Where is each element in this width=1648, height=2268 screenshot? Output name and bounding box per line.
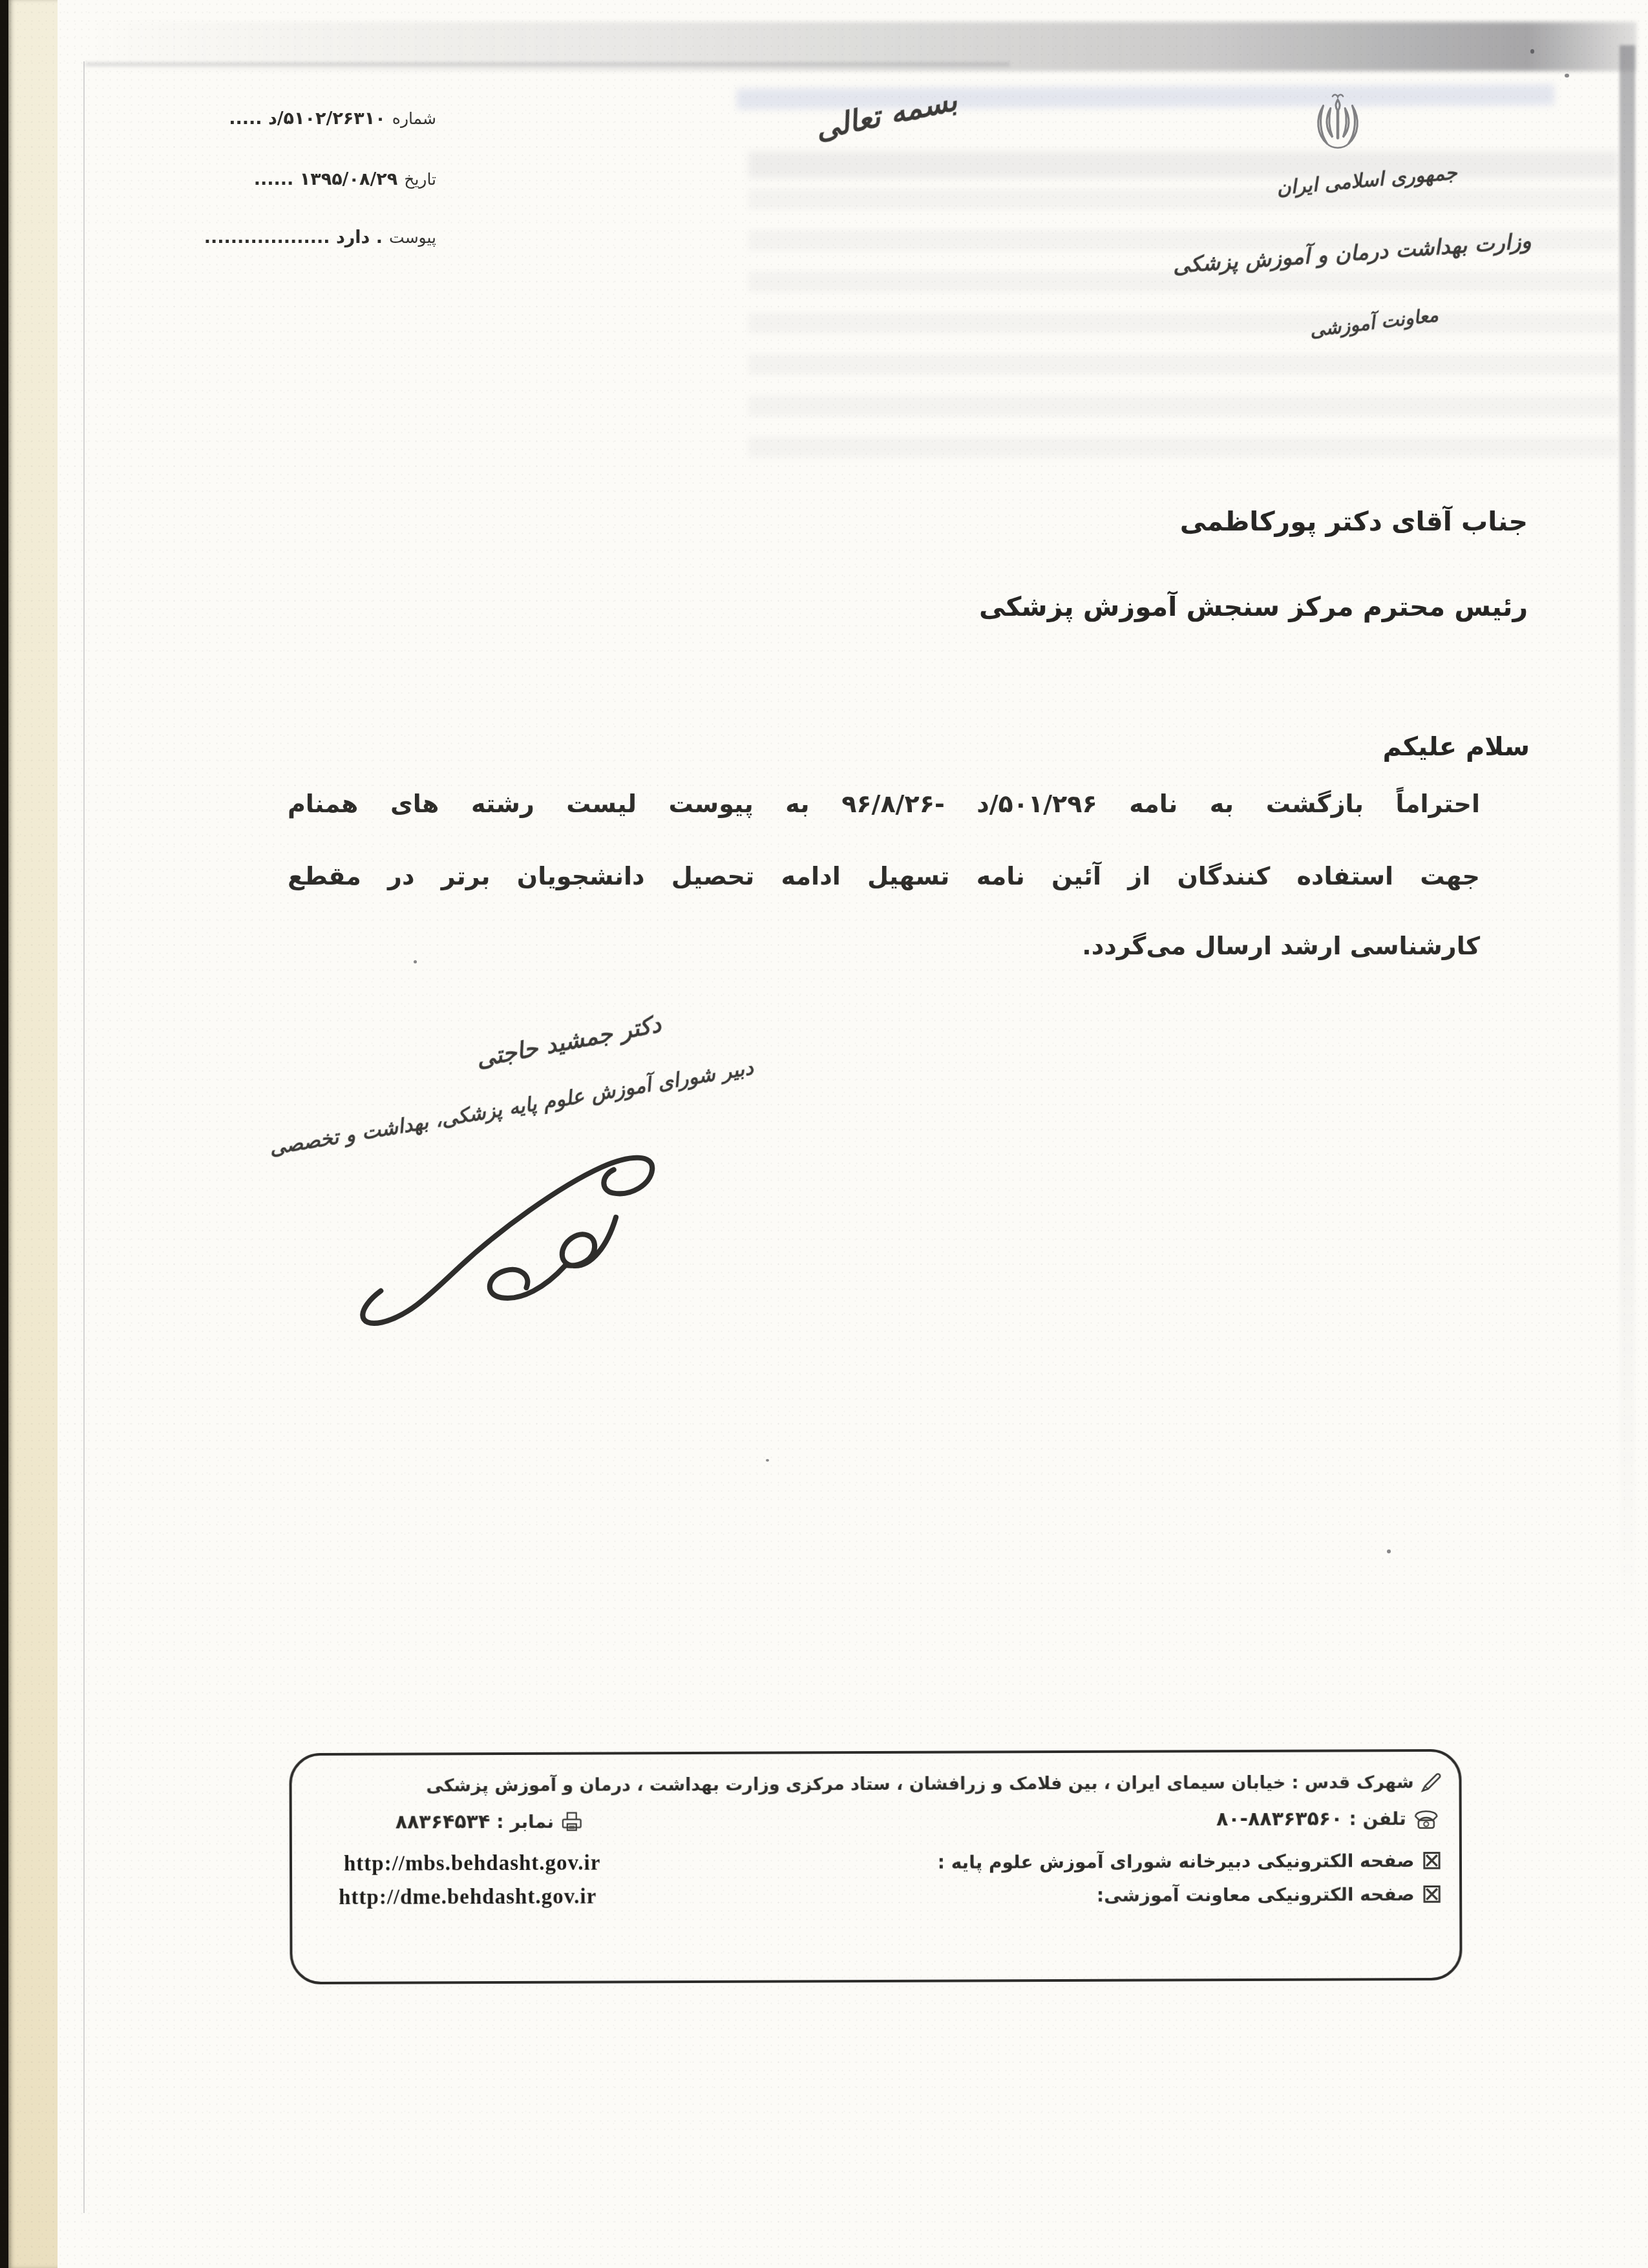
scan-speck [1530,49,1534,54]
paper-stack-cream-edge [8,0,58,2268]
phone-group: تلفن : ۸۰-۸۸۳۶۳۵۶۰ [1216,1807,1440,1831]
web2-label: صفحه الکترونیکی معاونت آموزشی: [1097,1884,1415,1906]
footer-web2-row: ⊠ صفحه الکترونیکی معاونت آموزشی: http://… [339,1881,1442,1911]
web1-label-group: ⊠ صفحه الکترونیکی دبیرخانه شورای آموزش ع… [938,1847,1442,1875]
web2-label-group: ⊠ صفحه الکترونیکی معاونت آموزشی: [1097,1881,1442,1908]
letter-attachment-row: پیوست . دارد ................... [233,227,436,247]
envelope-icon: ⊠ [1421,1881,1443,1907]
letter-number-row: شماره ۵۱۰۲/۲۶۳۱۰/د ..... [233,109,436,129]
recipient-name: جناب آقای دکتر پورکاظمی [1180,506,1528,537]
page-edge-line-horizontal [85,62,1009,67]
scanner-edge-black [0,0,8,2268]
body-line-1: احتراماً بازگشت به نامه ۵۰۱/۲۹۶/د -۹۶/۸/… [288,790,1480,818]
web2-url: http://dme.behdasht.gov.ir [339,1885,597,1909]
attachment-label: پیوست [389,228,436,247]
footer-web1-row: ⊠ صفحه الکترونیکی دبیرخانه شورای آموزش ع… [344,1847,1442,1877]
body-line-3: کارشناسی ارشد ارسال می‌گردد. [1082,932,1480,960]
footer-contact-box: شهرک قدس : خیابان سیمای ایران ، بین فلام… [289,1749,1462,1984]
footer-address: شهرک قدس : خیابان سیمای ایران ، بین فلام… [426,1772,1413,1796]
date-label: تاریخ [404,170,436,189]
pen-icon [1420,1771,1442,1793]
footer-phone-fax-row: تلفن : ۸۰-۸۸۳۶۳۵۶۰ نمابر : ۸۸۳۶۴۵۳۴ [292,1800,1459,1841]
letter-date-row: تاریخ ۱۳۹۵/۰۸/۲۹ ...... [233,169,436,189]
signer-name: دکتر جمشید حاجتی [446,1005,692,1078]
salutation: سلام علیکم [1382,732,1530,762]
fax-group: نمابر : ۸۸۳۶۴۵۳۴ [396,1810,584,1833]
number-value: ۵۱۰۲/۲۶۳۱۰/د ..... [229,109,386,129]
scan-speck [1565,74,1569,78]
handwritten-signature [330,1129,716,1330]
fax-icon [560,1811,584,1832]
fax-value: ۸۸۳۶۴۵۳۴ [396,1811,491,1834]
recipient-title: رئیس محترم مرکز سنجش آموزش پزشکی [979,591,1528,622]
date-value: ۱۳۹۵/۰۸/۲۹ ...... [254,169,398,189]
web1-label: صفحه الکترونیکی دبیرخانه شورای آموزش علو… [938,1850,1415,1873]
iran-emblem-icon [1307,90,1369,156]
bleed-through-table-header [748,151,1618,178]
scan-speck [1387,1549,1391,1553]
fax-label: نمابر : [496,1811,554,1832]
number-label: شماره [392,109,436,128]
phone-label: تلفن : [1349,1808,1406,1829]
scanned-letter-page: شماره ۵۱۰۲/۲۶۳۱۰/د ..... تاریخ ۱۳۹۵/۰۸/۲… [0,0,1648,2268]
phone-icon [1413,1807,1440,1830]
phone-value: ۸۰-۸۸۳۶۳۵۶۰ [1216,1807,1343,1831]
envelope-icon: ⊠ [1421,1847,1442,1873]
scan-speck [414,960,417,963]
footer-address-row: شهرک قدس : خیابان سیمای ایران ، بین فلام… [308,1771,1442,1797]
page-edge-line-vertical [83,61,85,2213]
scan-shadow-right [1620,45,1635,1628]
attachment-value: . دارد ................... [204,227,383,247]
web1-url: http://mbs.behdasht.gov.ir [344,1851,600,1876]
body-line-2: جهت استفاده کنندگان از آئین نامه تسهیل ا… [288,862,1480,890]
scan-speck [766,1459,769,1462]
